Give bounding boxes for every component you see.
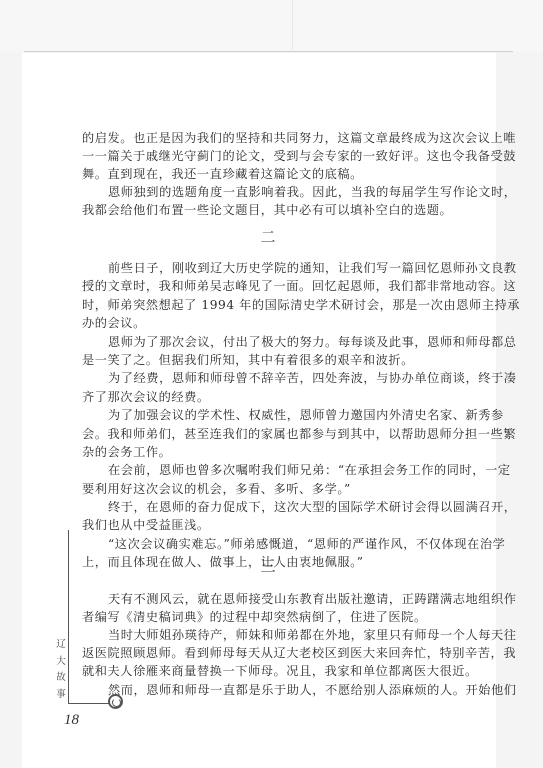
text-line: 恩师独到的选题角度一直影响着我。因此，当我的每届学生写作论文时， bbox=[108, 183, 456, 201]
text-line: 会。我和师弟们，甚至连我们的家属也都参与到其中，以帮助恩师分担一些繁 bbox=[82, 425, 456, 443]
text-line: 为了经费，恩师和师母曾不辞辛苦，四处奔波，与协办单位商谈，终于凑 bbox=[108, 369, 456, 387]
text-line: 终于，在恩师的奋力促成下，这次大型的国际学术研讨会得以圆满召开， bbox=[108, 498, 456, 516]
text-line: 要利用好这次会议的机会，多看、多听、多学。” bbox=[82, 480, 456, 498]
text-line: 我都会给他们布置一些论文题目，其中必有可以填补空白的选题。 bbox=[82, 201, 456, 219]
page-fold-line bbox=[292, 0, 293, 52]
text-line: 授的文章时，我和师弟吴志峰见了一面。回忆起恩师，我们都非常地动容。这 bbox=[82, 277, 456, 295]
text-line: 返医院照顾恩师。看到师母每天从辽大老校区到医大来回奔忙，特别辛苦，我 bbox=[82, 644, 456, 662]
scan-border-top bbox=[0, 0, 543, 52]
text-line: 为了加强会议的学术性、权威性，恩师曾力邀国内外清史名家、新秀参 bbox=[108, 406, 456, 424]
side-rule-horizontal bbox=[68, 703, 110, 704]
text-line: 齐了那次会议的经费。 bbox=[82, 388, 456, 406]
text-line: 然而，恩师和师母一直都是乐于助人，不愿给别人添麻烦的人。开始他们 bbox=[108, 681, 456, 699]
text-line: 的启发。也正是因为我们的坚持和共同努力，这篇文章最终成为这次会议上唯 bbox=[82, 129, 456, 147]
text-line: “这次会议确实难忘。”师弟感慨道，“恩师的严谨作风，不仅体现在治学 bbox=[108, 535, 456, 553]
side-label-char: 大 bbox=[55, 653, 67, 667]
text-line: 恩师为了那次会议，付出了极大的努力。每每谈及此事，恩师和师母都总 bbox=[108, 333, 456, 351]
section-number-three: 三 bbox=[258, 555, 278, 576]
text-line: 办的会议。 bbox=[82, 314, 456, 332]
page-number: 18 bbox=[64, 712, 79, 729]
page-edge-line bbox=[24, 51, 513, 52]
text-line: 一一篇关于戚继光守蓟门的论文，受到与会专家的一致好评。这也令我备受鼓 bbox=[82, 147, 456, 165]
text-line: 我们也从中受益匪浅。 bbox=[82, 516, 456, 534]
side-label-char: 事 bbox=[55, 686, 67, 700]
text-line: 就和夫人徐雁来商量替换一下师母。况且，我家和单位都离医大很近。 bbox=[82, 662, 456, 680]
text-line: 时，师弟突然想起了 1994 年的国际清史学术研讨会，那是一次由恩师主持承 bbox=[82, 296, 456, 314]
text-line: 前些日子，刚收到辽大历史学院的通知，让我们写一篇回忆恩师孙文良教 bbox=[108, 259, 456, 277]
text-line: 者编写《清史稿词典》的过程中却突然病倒了，住进了医院。 bbox=[82, 608, 456, 626]
text-line: 舞。直到现在，我还一直珍藏着这篇论文的底稿。 bbox=[82, 165, 456, 183]
text-line: 当时大师姐孙瑛待产，师妹和师弟都在外地，家里只有师母一个人每天往 bbox=[108, 626, 456, 644]
text-line: 在会前，恩师也曾多次嘱咐我们师兄弟：“在承担会务工作的同时，一定 bbox=[108, 461, 456, 479]
section-number-two: 二 bbox=[258, 226, 278, 247]
text-line: 是一笑了之。但据我们所知，其中有着很多的艰辛和波折。 bbox=[82, 351, 456, 369]
text-line: 杂的会务工作。 bbox=[82, 443, 456, 461]
text-line: 天有不测风云，就在恩师接受山东教育出版社邀请，正踌躇满志地组织作 bbox=[108, 590, 456, 608]
side-label-char: 辽 bbox=[55, 636, 67, 650]
side-rule-vertical bbox=[68, 530, 69, 703]
university-logo-icon bbox=[108, 694, 123, 709]
side-label-char: 故 bbox=[55, 669, 67, 683]
